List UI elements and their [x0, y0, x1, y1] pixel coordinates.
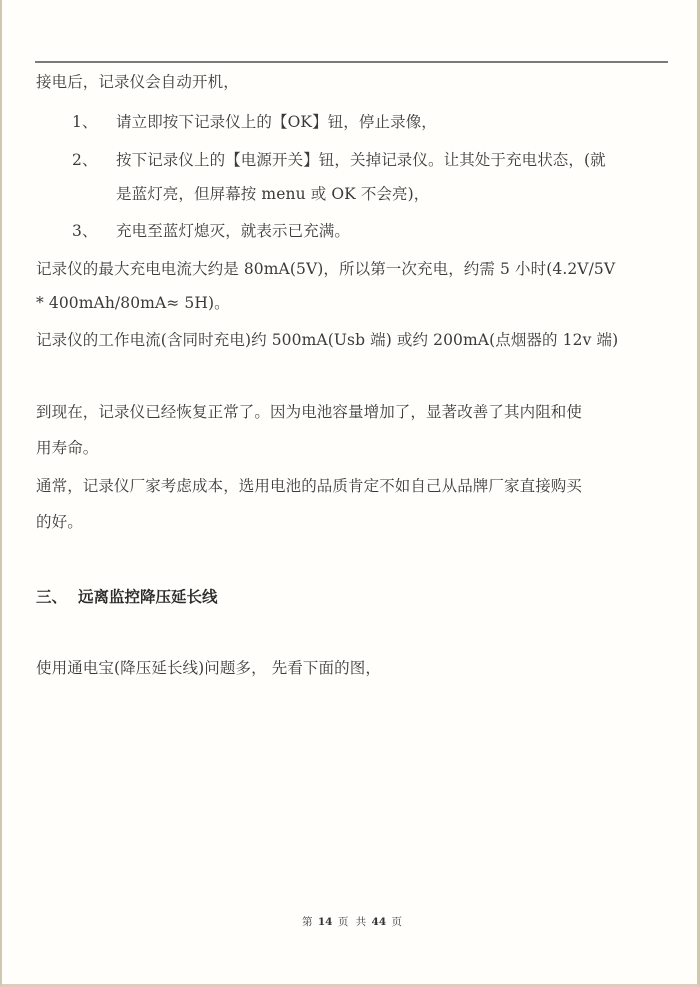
paragraph-intro: 接电后，记录仪会自动开机， [36, 72, 239, 92]
document-page: 接电后，记录仪会自动开机， 1、请立即按下记录仪上的【OK】钮，停止录像， 2、… [0, 0, 700, 987]
list-text: 按下记录仪上的【电源开关】钮，关掉记录仪。让其处于充电状态，(就 [116, 151, 606, 169]
paragraph-charge-line-1: 记录仪的最大充电电流大约是 80mA(5V)，所以第一次充电，约需 5 小时(4… [36, 259, 615, 279]
footer-page-word: 页 [338, 916, 349, 928]
list-number: 2、 [72, 150, 116, 170]
footer-total-word: 共 [356, 916, 367, 928]
list-item-2-continuation: 是蓝灯亮，但屏幕按 menu 或 OK 不会亮)， [116, 184, 429, 204]
section-number: 三、 [36, 585, 78, 607]
list-text: 请立即按下记录仪上的【OK】钮，停止录像， [116, 113, 437, 131]
paragraph-recovered-line-1: 到现在，记录仪已经恢复正常了。因为电池容量增加了，显著改善了其内阻和使 [36, 402, 582, 422]
footer-suffix: 页 [391, 916, 402, 928]
section-title: 远离监控降压延长线 [78, 588, 218, 606]
paragraph-charge-line-2: * 400mAh/80mA≈ 5H)。 [36, 293, 230, 313]
list-number: 1、 [72, 112, 116, 132]
list-item-2: 2、按下记录仪上的【电源开关】钮，关掉记录仪。让其处于充电状态，(就 [72, 150, 606, 170]
footer-total-pages: 44 [372, 916, 387, 928]
paragraph-usually-line-2: 的好。 [36, 512, 83, 532]
paragraph-work-current: 记录仪的工作电流(含同时充电)约 500mA(Usb 端) 或约 200mA(点… [36, 330, 618, 350]
paragraph-recovered-line-2: 用寿命。 [36, 438, 98, 458]
list-number: 3、 [72, 221, 116, 241]
list-text: 充电至蓝灯熄灭，就表示已充满。 [116, 222, 350, 240]
footer-prefix: 第 [302, 916, 313, 928]
header-rule [35, 61, 668, 63]
list-item-1: 1、请立即按下记录仪上的【OK】钮，停止录像， [72, 112, 437, 132]
paragraph-section-intro: 使用通电宝(降压延长线)问题多， 先看下面的图， [36, 658, 381, 678]
list-item-3: 3、充电至蓝灯熄灭，就表示已充满。 [72, 221, 350, 241]
section-heading: 三、远离监控降压延长线 [36, 585, 218, 607]
footer-current-page: 14 [318, 916, 333, 928]
page-footer: 第 14 页 共 44 页 [2, 914, 700, 929]
paragraph-usually-line-1: 通常，记录仪厂家考虑成本，选用电池的品质肯定不如自己从品牌厂家直接购买 [36, 476, 582, 496]
